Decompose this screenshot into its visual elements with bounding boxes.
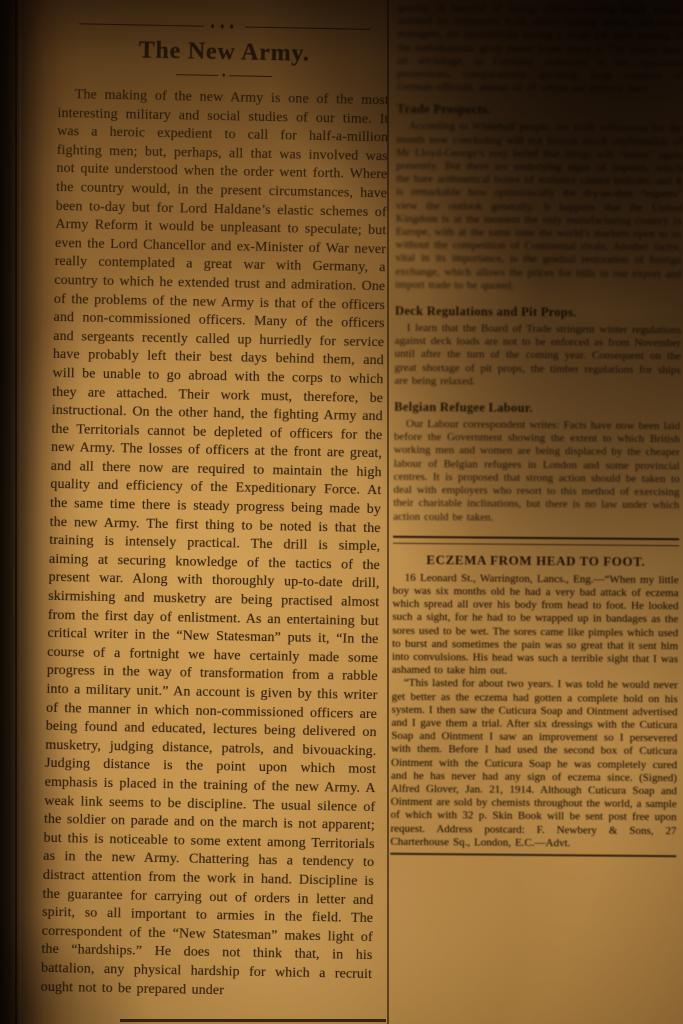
advert-heading: ECZEMA FROM HEAD TO FOOT. xyxy=(393,551,679,569)
article-body: The making of the new Army is one of the… xyxy=(41,86,389,1003)
page-fold-highlight xyxy=(19,0,21,1024)
section-belgian-refugee-labour: Belgian Refugee Labour. Our Labour corre… xyxy=(393,400,680,526)
section-heading-trade-prospects: Trade Prospects. xyxy=(397,102,683,119)
ornament-divider: ♦♦♦ xyxy=(79,19,370,34)
article-title: The New Army. xyxy=(58,36,389,69)
section-trade-prospects: Trade Prospects. According to Whitehall … xyxy=(395,102,683,294)
divider-bar xyxy=(245,26,370,30)
advert-bottom-rule xyxy=(390,853,676,858)
section-deck-regulations: Deck Regulations and Pit Props. I learn … xyxy=(394,304,681,391)
diamond-ornament-icon: ♦♦♦ xyxy=(204,22,245,32)
section-body-trade-prospects: According to Whitehall people, the trade… xyxy=(395,120,682,294)
section-heading-belgian-refugee-labour: Belgian Refugee Labour. xyxy=(394,400,680,417)
divider-bar xyxy=(230,75,272,77)
newspaper-page-photo: ♦♦♦ The New Army. ♦ The making of the ne… xyxy=(0,0,683,1024)
advert-eczema: ECZEMA FROM HEAD TO FOOT. 16 Leonard St.… xyxy=(390,535,679,857)
right-column: gravity. A handful of young officers lea… xyxy=(390,2,683,858)
divider-bar xyxy=(79,23,204,27)
section-heading-deck-regulations: Deck Regulations and Pit Props. xyxy=(395,304,681,321)
continuation-paragraph: gravity. A handful of young officers lea… xyxy=(397,2,683,97)
advert-paragraph-1: 16 Leonard St., Warrington, Lancs., Eng.… xyxy=(392,571,679,679)
page-fold-line xyxy=(15,0,17,1024)
divider-bar xyxy=(176,74,218,76)
advert-paragraph-2: “This lasted for about two years. I was … xyxy=(390,677,677,851)
section-body-deck-regulations: I learn that the Board of Trade stringen… xyxy=(394,322,681,391)
left-column-bottom-rule xyxy=(120,1019,386,1022)
left-column: ♦♦♦ The New Army. ♦ The making of the ne… xyxy=(41,9,391,1003)
section-body-belgian-refugee-labour: Our Labour correspondent writes: Facts h… xyxy=(393,418,680,526)
title-divider: ♦ xyxy=(176,71,272,80)
diamond-ornament-icon: ♦ xyxy=(218,72,230,79)
advert-top-rule xyxy=(393,535,679,545)
